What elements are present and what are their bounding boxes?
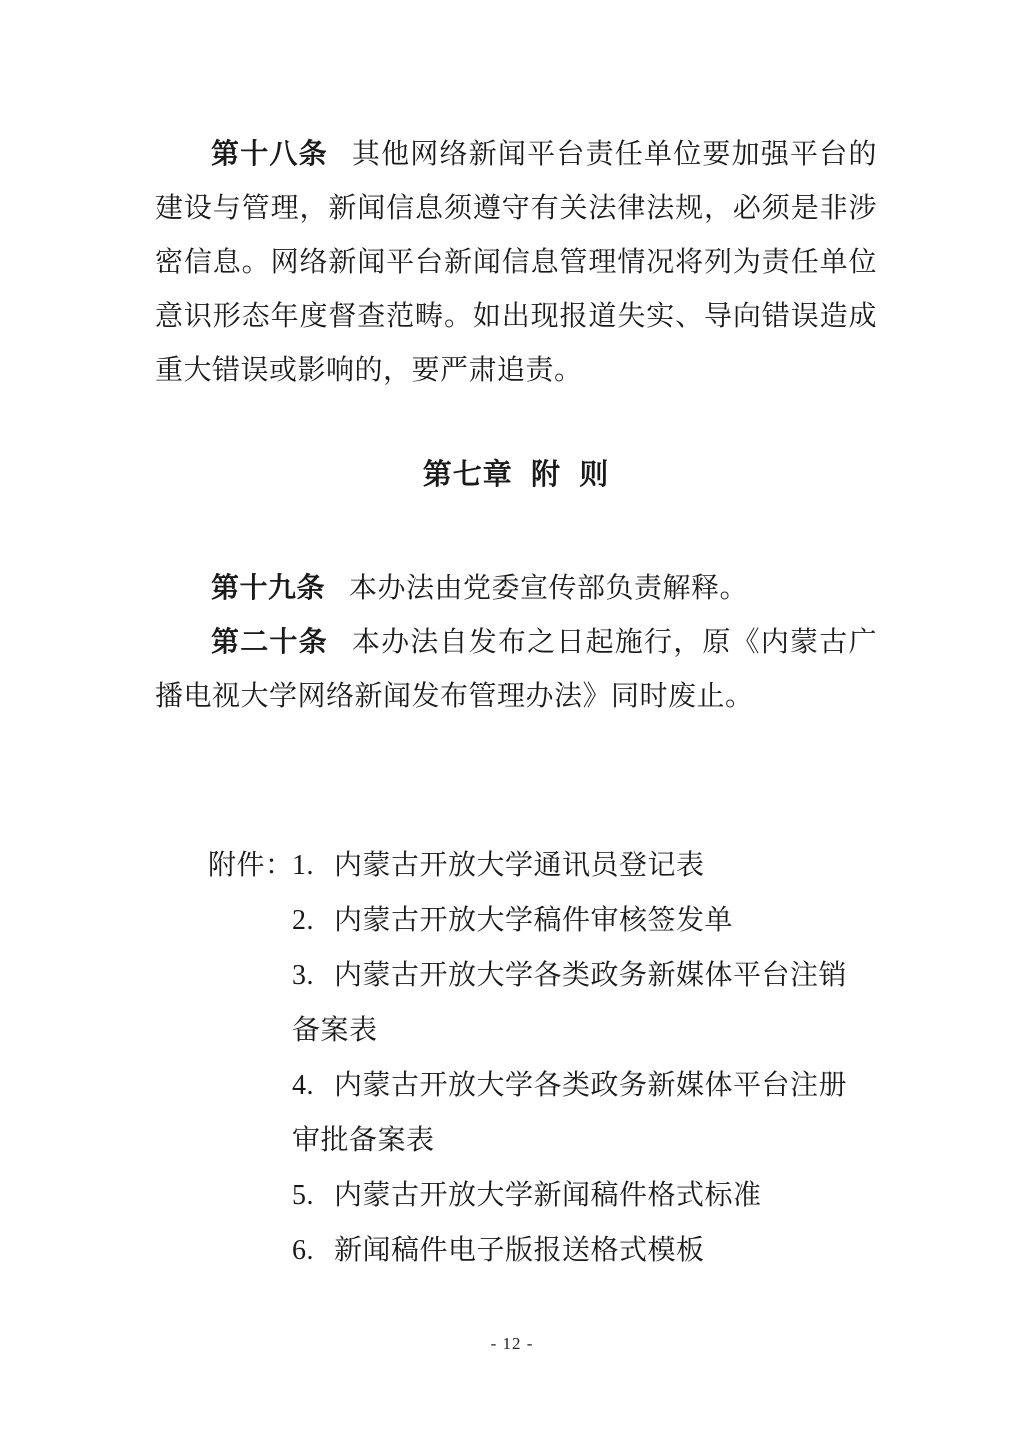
attachment-item-5: 5.内蒙古开放大学新闻稿件格式标准 xyxy=(292,1168,875,1223)
article-18-text: 其他网络新闻平台责任单位要加强平台的建设与管理，新闻信息须遵守有关法律法规，必须… xyxy=(155,139,877,386)
attachment-5-number: 5. xyxy=(292,1168,334,1223)
attachment-3-title: 内蒙古开放大学各类政务新媒体平台注销备案表 xyxy=(292,960,847,1046)
attachments-section: 附件： 1.内蒙古开放大学通讯员登记表 2.内蒙古开放大学稿件审核签发单 3.内… xyxy=(155,838,877,1278)
attachment-2-number: 2. xyxy=(292,893,334,948)
attachment-3-number: 3. xyxy=(292,948,334,1003)
article-19-paragraph: 第十九条本办法由党委宣传部负责解释。 xyxy=(155,562,877,616)
attachment-item-6: 6.新闻稿件电子版报送格式模板 xyxy=(292,1223,875,1278)
article-20-number: 第二十条 xyxy=(211,627,328,658)
article-19-number: 第十九条 xyxy=(211,573,325,604)
article-18-paragraph: 第十八条其他网络新闻平台责任单位要加强平台的建设与管理，新闻信息须遵守有关法律法… xyxy=(155,128,877,398)
attachments-list: 1.内蒙古开放大学通讯员登记表 2.内蒙古开放大学稿件审核签发单 3.内蒙古开放… xyxy=(292,838,875,1278)
attachment-6-title: 新闻稿件电子版报送格式模板 xyxy=(334,1235,705,1266)
attachment-1-number: 1. xyxy=(292,838,334,893)
document-page: 第十八条其他网络新闻平台责任单位要加强平台的建设与管理，新闻信息须遵守有关法律法… xyxy=(0,0,1024,1448)
attachment-item-4: 4.内蒙古开放大学各类政务新媒体平台注册审批备案表 xyxy=(292,1058,875,1168)
article-20-paragraph: 第二十条本办法自发布之日起施行，原《内蒙古广播电视大学网络新闻发布管理办法》同时… xyxy=(155,616,877,724)
articles-section: 第十九条本办法由党委宣传部负责解释。 第二十条本办法自发布之日起施行，原《内蒙古… xyxy=(155,562,877,724)
attachment-6-number: 6. xyxy=(292,1223,334,1278)
attachment-item-2: 2.内蒙古开放大学稿件审核签发单 xyxy=(292,893,875,948)
document-content: 第十八条其他网络新闻平台责任单位要加强平台的建设与管理，新闻信息须遵守有关法律法… xyxy=(155,0,877,1278)
attachments-label: 附件： xyxy=(208,838,294,893)
attachment-5-title: 内蒙古开放大学新闻稿件格式标准 xyxy=(334,1180,762,1211)
page-number: - 12 - xyxy=(0,1334,1024,1354)
attachment-4-title: 内蒙古开放大学各类政务新媒体平台注册审批备案表 xyxy=(292,1070,847,1156)
attachment-1-title: 内蒙古开放大学通讯员登记表 xyxy=(334,850,705,881)
attachment-4-number: 4. xyxy=(292,1058,334,1113)
attachment-2-title: 内蒙古开放大学稿件审核签发单 xyxy=(334,905,733,936)
chapter-7-heading: 第七章 附 则 xyxy=(155,448,877,502)
attachment-item-3: 3.内蒙古开放大学各类政务新媒体平台注销备案表 xyxy=(292,948,875,1058)
attachment-item-1: 1.内蒙古开放大学通讯员登记表 xyxy=(292,838,875,893)
article-19-text: 本办法由党委宣传部负责解释。 xyxy=(349,573,748,604)
article-18-number: 第十八条 xyxy=(211,139,328,170)
